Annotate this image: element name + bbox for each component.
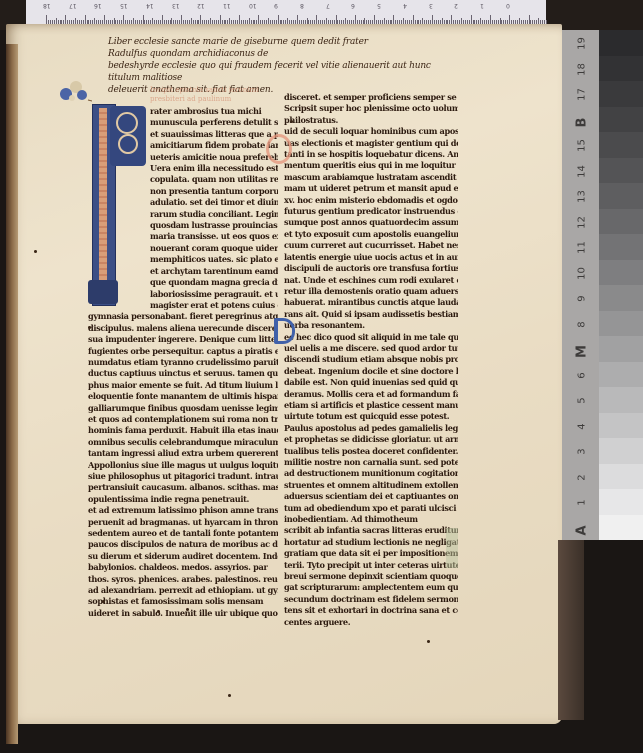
gray-step [599, 260, 643, 286]
gray-step [599, 387, 643, 413]
initial-stem-pattern [99, 108, 107, 288]
gray-step [599, 56, 643, 82]
manuscript-line: galliarumque finibus quosdam uenisse leg… [88, 403, 278, 414]
rubric-line: presbiteri ad paulinum [150, 95, 280, 104]
manuscript-line: uid de seculi loquar hominibus cum apost… [284, 126, 458, 137]
manuscript-line: opulentissima indie regna penetrauit. [88, 494, 278, 505]
manuscript-line: uideret in sabulo. Inuenit ille uir ubiq… [88, 608, 278, 619]
manuscript-line: et archytam tarentinum eamdemque oram yt… [150, 266, 278, 277]
manuscript-line: su dierum et siderum audiret docentem. I… [88, 551, 278, 562]
color-target-label: 14 [577, 161, 588, 181]
ruler-tick [181, 15, 182, 24]
manuscript-line: nat. Unde et eschines cum rodi exularet … [284, 275, 458, 286]
manuscript-line: mascum arabiamque lustratam ascendit ier… [284, 172, 458, 183]
ruler-tick [374, 15, 375, 24]
color-target-scale: 191817B15141312111098M654321A [562, 30, 599, 540]
manuscript-line: et prophetas se didicisse gloriatur. ut … [284, 434, 458, 445]
gray-step [599, 30, 643, 56]
ruler-label: 11 [223, 2, 231, 9]
manuscript-line: ec hec dico quod sit aliquid in me tale … [284, 332, 458, 343]
ruler-label: 5 [377, 2, 381, 9]
inscription-line: Liber ecclesie sancte marie de giseburne… [108, 36, 448, 48]
ruler-label: 4 [403, 2, 407, 9]
ruler-tick [65, 15, 66, 24]
manuscript-line: etiam si artificis et plastice cessent m… [284, 400, 458, 411]
manuscript-line: ad alexandriam. perrexit ad ethiopiam. u… [88, 585, 278, 596]
manuscript-line: peruenit ad bragmanas. ut hyarcam in thr… [88, 517, 278, 528]
manuscript-line: uerba resonantem. [284, 320, 458, 331]
page-spot [290, 120, 293, 123]
manuscript-line: magister erat et potens cuius doctrinas … [150, 300, 278, 311]
manuscript-line: tantam ingressi aliud extra urbem querer… [88, 448, 278, 459]
ruler-tick [239, 15, 240, 24]
manuscript-line: tum ad obediendum xpo et parati ulcisci … [284, 503, 458, 514]
ruler-tick [393, 15, 394, 24]
ruler-label: 17 [69, 2, 77, 9]
manuscript-line: eloquentie fonte manantem de ultimis his… [88, 391, 278, 402]
ruler-tick [529, 15, 530, 24]
gray-step [599, 285, 643, 311]
manuscript-line: gratiam que data sit ei per impositionem… [284, 548, 458, 559]
manuscript-line: centes arguere. [284, 617, 458, 628]
manuscript-line: aduersus scientiam dei et captiuantes om… [284, 491, 458, 502]
gray-step [599, 311, 643, 337]
ruler-label: 8 [300, 2, 304, 9]
manuscript-line: habuerat. mirantibus cunctis atque lauda… [284, 297, 458, 308]
manuscript-line: laboriosissime peragrauit. et ut qui ath… [150, 289, 278, 300]
gray-step [599, 464, 643, 490]
color-target-label: 6 [577, 365, 588, 385]
ruler-tick [413, 15, 414, 24]
color-target-label: B [575, 112, 590, 132]
manuscript-line: hortatur ad studium lectionis ne negliga… [284, 537, 458, 548]
ruler-label: 2 [454, 2, 458, 9]
manuscript-line: munuscula perferens detulit simul [150, 117, 278, 128]
manuscript-line: tanti in se hospitis loquebatur dicens. … [284, 149, 458, 160]
ruler-label: 13 [172, 2, 180, 9]
manuscript-line: ad destructionem munitionum cogitationes… [284, 468, 458, 479]
manuscript-line: sumque post annos quatuordecim assumpto … [284, 217, 458, 228]
ruler-tick [162, 15, 163, 24]
manuscript-line: discipuli de auctoris ore transfusa fort… [284, 263, 458, 274]
manuscript-line: xv. hoc enim misterio ebdomadis et ogdoa… [284, 195, 458, 206]
manuscript-line: deramus. Mollis cera et ad formandum fac… [284, 389, 458, 400]
manuscript-line: paucos discipulos de natura de moribus a… [88, 539, 278, 550]
gray-step [599, 234, 643, 260]
color-target-label: 9 [577, 289, 588, 309]
color-target-label: 8 [577, 314, 588, 334]
manuscript-line: maria transisse. ut eos quos ex libris [150, 231, 278, 242]
manuscript-line: babylonios. chaldeos. medos. assyrios. p… [88, 562, 278, 573]
manuscript-line: mentum queritis eius qui in me loquitur … [284, 160, 458, 171]
manuscript-line: uas electionis et magister gentium qui d… [284, 138, 458, 149]
gray-step [599, 362, 643, 388]
rubric-heading: Incipit epistola sancti ieronimi presbit… [150, 86, 280, 104]
ruler-tick [316, 15, 317, 24]
color-target-label: 5 [577, 391, 588, 411]
manuscript-line: rarum studia conciliant. Legimus in uete… [150, 209, 278, 220]
color-target-label: 13 [577, 187, 588, 207]
manuscript-line: tens sit et exhortari in doctrina sana e… [284, 605, 458, 616]
gray-step [599, 438, 643, 464]
color-target-label: 10 [577, 263, 588, 283]
manuscript-line: struentes et omnem altitudinem extollent… [284, 480, 458, 491]
binding-edge [6, 44, 18, 744]
page-spot [88, 326, 91, 329]
ruler-tick [278, 15, 279, 24]
ruler-label: 14 [146, 2, 154, 9]
ruler-tick [143, 15, 144, 24]
page-spot [427, 640, 430, 643]
ruler-label: 1 [480, 2, 484, 9]
manuscript-line: et quos ad contemplationem sui roma non … [88, 414, 278, 425]
marginal-stain [446, 528, 458, 568]
illuminated-initial-f [88, 104, 148, 304]
ruler-label: 10 [249, 2, 257, 9]
ruler-tick [220, 15, 221, 24]
blue-initial-d [274, 318, 295, 344]
gray-step-wedge [599, 30, 643, 540]
ruler-label: 18 [43, 2, 51, 9]
manuscript-line: militie nostre non carnalia sunt. sed po… [284, 457, 458, 468]
ruler-label: 3 [429, 2, 433, 9]
text-column-right: disceret. et semper proficiens semper se… [284, 92, 458, 628]
page-spot [102, 600, 105, 603]
page-fore-edge [558, 540, 584, 720]
manuscript-line: siue philosophus ut pitagorici tradunt. … [88, 471, 278, 482]
measurement-ruler: 1817161514131211109876543210 [26, 0, 546, 27]
manuscript-line: disceret. et semper proficiens semper se… [284, 92, 458, 103]
manuscript-line: ductus captiuus uinctus et seruus. tamen… [88, 368, 278, 379]
manuscript-line: adulatio. set dei timor et diuinarum scr… [150, 197, 278, 208]
manuscript-line: sedentem aureo et de tantali fonte potan… [88, 528, 278, 539]
manuscript-line: Uera enim illa necessitudo est et xpi gl… [150, 163, 278, 174]
color-target-label: 15 [577, 136, 588, 156]
color-target-label: 3 [577, 442, 588, 462]
ruler-tick [432, 15, 433, 24]
color-target-label: 18 [577, 59, 588, 79]
color-target-label: 17 [577, 85, 588, 105]
manuscript-line: et suauissimas litteras que a principio [150, 129, 278, 140]
manuscript-line: quosdam lustrasse prouincias nouos adiss… [150, 220, 278, 231]
manuscript-line: breui sermone depinxit scientiam quoque … [284, 571, 458, 582]
ruler-tick [509, 15, 510, 24]
manuscript-line: Paulus apostolus ad pedes gamalielis leg… [284, 423, 458, 434]
manuscript-line: philostratus. [284, 115, 458, 126]
manuscript-line: discipulus. malens aliena uerecunde disc… [88, 323, 278, 334]
ruler-label: 6 [351, 2, 355, 9]
ruler-tick [297, 15, 298, 24]
manuscript-line: futurus gentium predicator instruendus e… [284, 206, 458, 217]
text-column-left: rater ambrosius tua michimunuscula perfe… [150, 106, 278, 619]
ruler-tick [336, 15, 337, 24]
ruler-label: 16 [94, 2, 102, 9]
gray-step [599, 81, 643, 107]
manuscript-line: phus maior emente se fuit. Ad titum liui… [88, 380, 278, 391]
initial-swirl [116, 112, 138, 134]
manuscript-line: Scripsit super hoc plenissime octo uolum… [284, 103, 458, 114]
manuscript-line: hominis fama perduxit. Habuit illa etas … [88, 425, 278, 436]
ruler-label: 12 [197, 2, 205, 9]
ruler-tick [200, 15, 201, 24]
manuscript-line: retur illa demostenis oratio quam aduers… [284, 286, 458, 297]
manuscript-line: thos. syros. phenices. arabes. palestino… [88, 574, 278, 585]
ruler-tick [490, 15, 491, 24]
color-target-label: 19 [577, 34, 588, 54]
manuscript-line: pertransiuit caucasum. albanos. scithas.… [88, 482, 278, 493]
color-target-label: 2 [577, 467, 588, 487]
manuscript-line: Appollonius siue ille magus ut uulgus lo… [88, 460, 278, 471]
manuscript-line: copulata. quam non utilitas rei familiar… [150, 174, 278, 185]
manuscript-line: rater ambrosius tua michi [150, 106, 278, 117]
manuscript-line: tualibus telis postea doceret confidente… [284, 446, 458, 457]
manuscript-line: amicitiarum fidem probate iam fidei et [150, 140, 278, 151]
color-target-label: 11 [577, 238, 588, 258]
gray-step [599, 336, 643, 362]
ruler-label: 9 [274, 2, 278, 9]
ruler-tick [104, 15, 105, 24]
color-target-label: A [575, 520, 590, 540]
manuscript-line: rans ait. Quid si ipsam audissetis besti… [284, 309, 458, 320]
gray-step [599, 489, 643, 515]
manuscript-line: terii. Tyto precipit ut inter ceteras ui… [284, 560, 458, 571]
manuscript-line: memphiticos uates. sic plato egyptum [150, 254, 278, 265]
rubric-line: Incipit epistola sancti ieronimi [150, 86, 280, 95]
manuscript-line: dabile est. Non quid inuenias sed quid q… [284, 377, 458, 388]
gray-step [599, 209, 643, 235]
manuscript-line: sua impudenter ingerere. Denique cum lit… [88, 334, 278, 345]
gray-step [599, 413, 643, 439]
manuscript-line: uel uelis a me discere. sed quod ardor t… [284, 343, 458, 354]
initial-swirl [118, 134, 138, 154]
initial-foot [88, 280, 118, 304]
manuscript-line: mam ut uideret petrum et mansit apud eum… [284, 183, 458, 194]
manuscript-line: scribit ab infantia sacras litteras erud… [284, 525, 458, 536]
manuscript-line: cuum curreret aut cucurrisset. Habet nes… [284, 240, 458, 251]
manuscript-line: discendi studium etiam absque nobis prob… [284, 354, 458, 365]
ruler-tick [46, 15, 47, 24]
gray-step [599, 107, 643, 133]
inscription-line: bedeshyrde ecclesie quo qui fraudem fece… [108, 60, 448, 84]
ruler-label: 15 [120, 2, 128, 9]
ruler-tick [85, 15, 86, 24]
flourish-ornament-icon [58, 78, 92, 104]
page-spot [228, 694, 231, 697]
manuscript-line: numdatus etiam tyranno crudelissimo paru… [88, 357, 278, 368]
ruler-label: 0 [506, 2, 510, 9]
manuscript-line: nouerant coram quoque uiderent. Sic pith… [150, 243, 278, 254]
manuscript-line: non presentia tantum corporum. non subdo… [150, 186, 278, 197]
ruler-tick [123, 15, 124, 24]
inscription-line: Radulfus quondam archidiaconus de [108, 48, 448, 60]
ruler-tick [355, 15, 356, 24]
manuscript-line: omnibus seculis celebrandumque miraculum… [88, 437, 278, 448]
ruler-tick [471, 15, 472, 24]
manuscript-line: ueteris amicitie noua preferebant. [150, 152, 278, 163]
ruler-tick [258, 15, 259, 24]
manuscript-line: et ad extremum latissimo phison amne tra… [88, 505, 278, 516]
color-target-label: 12 [577, 212, 588, 232]
gray-step [599, 183, 643, 209]
color-target-label: 1 [577, 493, 588, 513]
manuscript-line: gat scripturarum: amplectentem eum qui [284, 582, 458, 593]
page-spot [157, 610, 160, 613]
gray-step [599, 158, 643, 184]
red-initial-q [266, 134, 292, 164]
color-target-label: M [575, 342, 590, 362]
manuscript-line: latentis energie uiue uocis actus et in … [284, 252, 458, 263]
page-spot [186, 608, 189, 611]
manuscript-line: secundum doctrinam est fidelem sermonem.… [284, 594, 458, 605]
manuscript-line: inobedientiam. Ad thimotheum [284, 514, 458, 525]
manuscript-line: fugientes orbe persequitur. captus a pir… [88, 346, 278, 357]
manuscript-line: gymnasia personabant. fieret peregrinus … [88, 311, 278, 322]
manuscript-line: et tyto exposuit cum apostolis euangeliu… [284, 229, 458, 240]
gray-step [599, 132, 643, 158]
ruler-label: 7 [326, 2, 330, 9]
manuscript-line: sophistas et famosissimam solis mensam [88, 596, 278, 607]
color-target-label: 4 [577, 416, 588, 436]
gray-step [599, 515, 643, 541]
ruler-tick [451, 15, 452, 24]
manuscript-line: uirtute totum est quicquid esse potest. [284, 411, 458, 422]
manuscript-line: debeat. Ingenium docile et sine doctore … [284, 366, 458, 377]
manuscript-line: que quondam magna grecia dicebatur [150, 277, 278, 288]
page-spot [34, 250, 37, 253]
